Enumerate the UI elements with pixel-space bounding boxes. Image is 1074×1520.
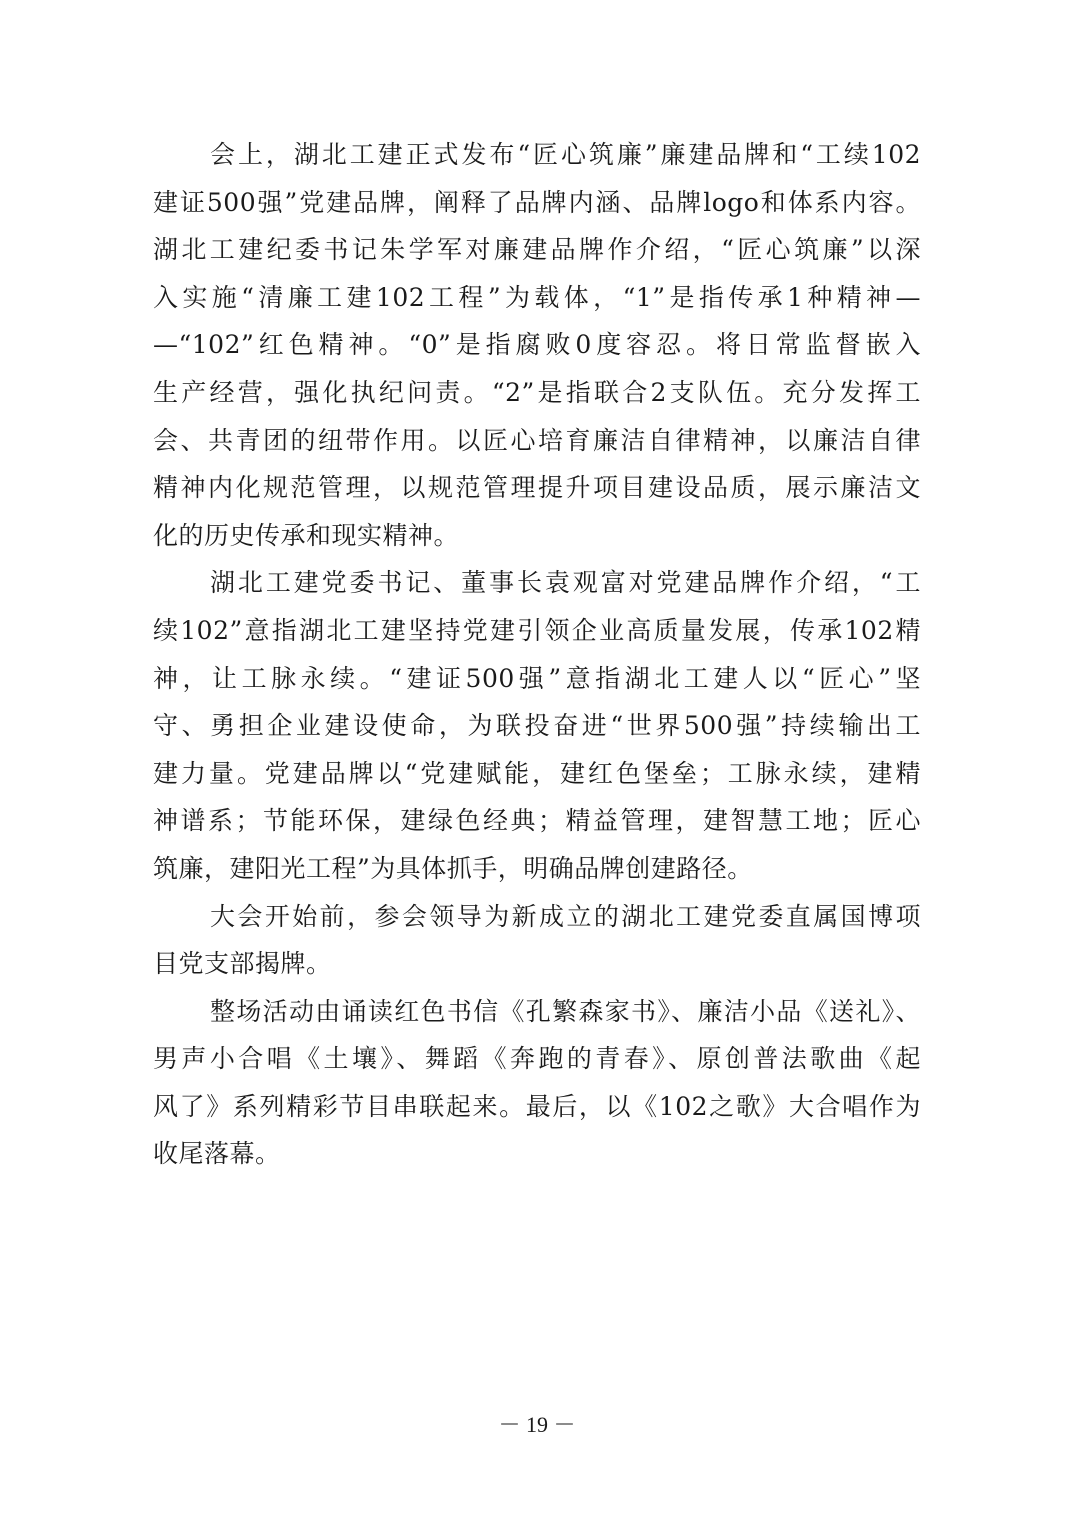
text-line: 守、勇担企业建设使命，为联投奋进“世界500强”持续输出工 xyxy=(153,702,921,750)
paragraph-performances: 整场活动由诵读红色书信《孔繁森家书》、廉洁小品《送礼》、 男声小合唱《土壤》、舞… xyxy=(153,988,921,1178)
text-line: 神谱系；节能环保，建绿色经典；精益管理，建智慧工地；匠心 xyxy=(153,797,921,845)
text-line: 整场活动由诵读红色书信《孔繁森家书》、廉洁小品《送礼》、 xyxy=(153,988,921,1036)
text-line: 风了》系列精彩节目串联起来。最后，以《102之歌》大合唱作为 xyxy=(153,1083,921,1131)
text-line: —“102”红色精神。“0”是指腐败0度容忍。将日常监督嵌入 xyxy=(153,321,921,369)
text-line: 大会开始前，参会领导为新成立的湖北工建党委直属国博项 xyxy=(153,893,921,941)
document-body: 会上，湖北工建正式发布“匠心筑廉”廉建品牌和“工续102 建证500强”党建品牌… xyxy=(153,131,921,1178)
text-line: 湖北工建纪委书记朱学军对廉建品牌作介绍，“匠心筑廉”以深 xyxy=(153,226,921,274)
text-line: 会上，湖北工建正式发布“匠心筑廉”廉建品牌和“工续102 xyxy=(153,131,921,179)
text-line: 收尾落幕。 xyxy=(153,1130,921,1178)
text-line: 建证500强”党建品牌，阐释了品牌内涵、品牌logo和体系内容。 xyxy=(153,179,921,227)
text-line: 男声小合唱《土壤》、舞蹈《奔跑的青春》、原创普法歌曲《起 xyxy=(153,1035,921,1083)
text-line: 目党支部揭牌。 xyxy=(153,940,921,988)
text-line: 筑廉，建阳光工程”为具体抓手，明确品牌创建路径。 xyxy=(153,845,921,893)
page-number: － 19 － xyxy=(0,1408,1074,1439)
text-line: 湖北工建党委书记、董事长袁观富对党建品牌作介绍，“工 xyxy=(153,559,921,607)
paragraph-unveiling: 大会开始前，参会领导为新成立的湖北工建党委直属国博项 目党支部揭牌。 xyxy=(153,893,921,988)
text-line: 建力量。党建品牌以“党建赋能，建红色堡垒；工脉永续，建精 xyxy=(153,750,921,798)
paragraph-party-brand: 湖北工建党委书记、董事长袁观富对党建品牌作介绍，“工 续102”意指湖北工建坚持… xyxy=(153,559,921,892)
text-line: 续102”意指湖北工建坚持党建引领企业高质量发展，传承102精 xyxy=(153,607,921,655)
text-line: 会、共青团的纽带作用。以匠心培育廉洁自律精神，以廉洁自律 xyxy=(153,417,921,465)
text-line: 入实施“清廉工建102工程”为载体，“1”是指传承1种精神— xyxy=(153,274,921,322)
text-line: 化的历史传承和现实精神。 xyxy=(153,512,921,560)
text-line: 精神内化规范管理，以规范管理提升项目建设品质，展示廉洁文 xyxy=(153,464,921,512)
text-line: 生产经营，强化执纪问责。“2”是指联合2支队伍。充分发挥工 xyxy=(153,369,921,417)
text-line: 神，让工脉永续。“建证500强”意指湖北工建人以“匠心”坚 xyxy=(153,655,921,703)
paragraph-brand-release: 会上，湖北工建正式发布“匠心筑廉”廉建品牌和“工续102 建证500强”党建品牌… xyxy=(153,131,921,559)
